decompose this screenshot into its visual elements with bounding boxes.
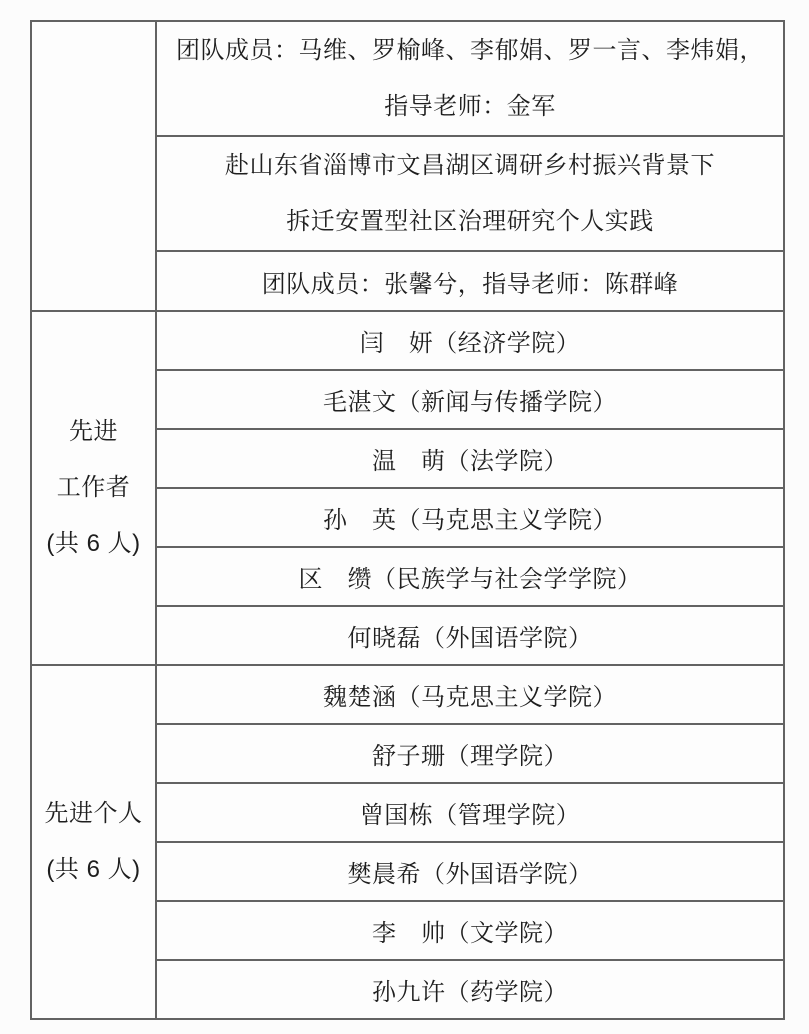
member-name-cell: 樊晨希（外国语学院） bbox=[156, 842, 784, 901]
member-name-cell: 温 萌（法学院） bbox=[156, 429, 784, 488]
category-cell-advanced-workers: 先进 工作者 (共 6 人) bbox=[31, 311, 156, 665]
category-count-line: (共 6 人) bbox=[32, 516, 155, 572]
team-members-cell: 团队成员：马维、罗榆峰、李郁娟、罗一言、李炜娟， 指导老师：金军 bbox=[156, 21, 784, 136]
member-name-cell: 闫 妍（经济学院） bbox=[156, 311, 784, 370]
project-title-line: 赴山东省淄博市文昌湖区调研乡村振兴背景下 bbox=[157, 138, 783, 194]
member-name-cell: 孙九许（药学院） bbox=[156, 960, 784, 1019]
member-name-cell: 曾国栋（管理学院） bbox=[156, 783, 784, 842]
member-name-cell: 李 帅（文学院） bbox=[156, 901, 784, 960]
table-row: 先进 工作者 (共 6 人) 闫 妍（经济学院） bbox=[31, 311, 784, 370]
table-row: 团队成员：马维、罗榆峰、李郁娟、罗一言、李炜娟， 指导老师：金军 bbox=[31, 21, 784, 136]
table-row: 先进个人 (共 6 人) 魏楚涵（马克思主义学院） bbox=[31, 665, 784, 724]
category-cell-advanced-individuals: 先进个人 (共 6 人) bbox=[31, 665, 156, 1019]
team-members-line: 团队成员：马维、罗榆峰、李郁娟、罗一言、李炜娟， bbox=[157, 23, 783, 79]
category-label-line: 先进个人 bbox=[32, 786, 155, 842]
category-cell-empty bbox=[31, 21, 156, 311]
member-name-cell: 毛湛文（新闻与传播学院） bbox=[156, 370, 784, 429]
advisor-line: 指导老师：金军 bbox=[157, 79, 783, 135]
member-name-cell: 舒子珊（理学院） bbox=[156, 724, 784, 783]
project-title-cell: 赴山东省淄博市文昌湖区调研乡村振兴背景下 拆迁安置型社区治理研究个人实践 bbox=[156, 136, 784, 251]
project-title-line: 拆迁安置型社区治理研究个人实践 bbox=[157, 194, 783, 250]
award-list-table: 团队成员：马维、罗榆峰、李郁娟、罗一言、李炜娟， 指导老师：金军 赴山东省淄博市… bbox=[30, 20, 785, 1020]
member-name-cell: 何晓磊（外国语学院） bbox=[156, 606, 784, 665]
member-name-cell: 魏楚涵（马克思主义学院） bbox=[156, 665, 784, 724]
category-label-line: 先进 bbox=[32, 404, 155, 460]
category-count-line: (共 6 人) bbox=[32, 842, 155, 898]
member-name-cell: 区 缵（民族学与社会学学院） bbox=[156, 547, 784, 606]
category-label-line: 工作者 bbox=[32, 460, 155, 516]
team-members-cell: 团队成员：张馨兮，指导老师：陈群峰 bbox=[156, 251, 784, 311]
member-name-cell: 孙 英（马克思主义学院） bbox=[156, 488, 784, 547]
